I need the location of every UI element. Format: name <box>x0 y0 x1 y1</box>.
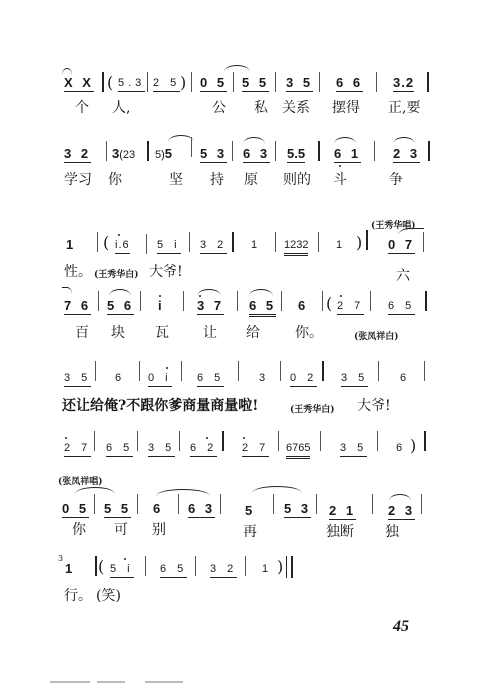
notes: 3 <box>259 371 269 385</box>
notes: 3.2 <box>393 76 414 92</box>
lyric: 给 <box>246 325 260 341</box>
notes: 0 5 <box>200 76 227 92</box>
notes: 5 6 <box>107 299 134 315</box>
barline <box>139 361 140 381</box>
barline <box>319 72 320 92</box>
notes: 6765 <box>286 441 310 459</box>
lyric: 独断 <box>326 524 354 540</box>
barline <box>95 556 97 576</box>
notes: 6 3 <box>188 502 215 518</box>
lyric: 个 <box>75 100 89 116</box>
high-octave-dot <box>159 295 161 297</box>
barline <box>137 431 138 451</box>
notes: 6 <box>153 502 163 516</box>
barline <box>275 232 276 252</box>
final-barline <box>286 556 293 578</box>
notes: 1 <box>65 562 75 576</box>
notes: 0 7 <box>388 238 415 254</box>
grace-note: 3 <box>58 554 63 563</box>
notes: 3 2 <box>64 147 91 163</box>
lyric: 关系 <box>282 100 310 116</box>
notes: i <box>158 299 165 313</box>
barline <box>106 141 107 161</box>
barline <box>322 361 324 381</box>
notes: 3 5 <box>64 371 91 387</box>
notes: 5 5 <box>242 76 269 92</box>
barline <box>374 141 375 161</box>
notes: 1 <box>251 238 261 252</box>
barline <box>424 431 426 451</box>
high-octave-dot <box>206 437 208 439</box>
slur <box>156 489 210 496</box>
paren-close: ) <box>410 437 416 455</box>
lyric: 斗 <box>333 172 347 188</box>
slur <box>109 289 131 296</box>
paren-close: ) <box>277 558 283 576</box>
barline <box>280 361 281 381</box>
notes: 3 5 <box>148 441 175 457</box>
barline <box>281 291 282 311</box>
lyric: 还让给俺?不跟你爹商量商量啦! <box>62 398 258 414</box>
barline <box>428 141 430 161</box>
barline <box>147 72 148 92</box>
notes: 3 2 <box>210 562 237 578</box>
barline <box>181 361 182 381</box>
notes: X X <box>64 76 94 92</box>
paren-open: ( <box>107 74 113 92</box>
notes: 3 2 <box>200 238 227 254</box>
slur <box>389 494 411 501</box>
paren-close: ) <box>180 74 186 92</box>
notes: 1232 <box>284 238 308 256</box>
speaker-annotation: (张凤祥白) <box>354 329 399 342</box>
barline <box>146 234 147 254</box>
high-octave-dot <box>243 437 245 439</box>
notes: 6 5 <box>388 299 415 315</box>
page-number: 45 <box>393 618 409 636</box>
lyric: 让 <box>203 325 217 341</box>
barline <box>222 431 224 451</box>
barline <box>423 232 424 252</box>
high-octave-dot <box>340 295 342 297</box>
lyric: 则的 <box>283 172 311 188</box>
barline <box>273 494 274 514</box>
lyric: 块 <box>111 325 125 341</box>
barline <box>191 72 192 92</box>
lyric: (笑) <box>96 588 121 604</box>
barline <box>220 494 221 514</box>
barline <box>370 291 371 311</box>
barline <box>237 291 238 311</box>
singer-annotation: (张凤祥唱) <box>58 474 103 487</box>
lyric: 六 <box>396 268 410 284</box>
notes: 5 3 <box>200 147 227 163</box>
barline <box>94 494 95 514</box>
barline <box>245 556 246 576</box>
slur <box>393 137 415 144</box>
paren-open: ( <box>326 295 332 313</box>
notes: 6 <box>115 371 125 385</box>
notes: 3(23 <box>112 147 135 162</box>
high-octave-dot <box>65 437 67 439</box>
barline <box>322 291 323 311</box>
paren-open: ( <box>103 234 109 252</box>
high-octave-dot <box>118 234 120 236</box>
notes: 2 7 <box>337 299 364 315</box>
notes: 2 5 <box>153 76 180 92</box>
barline <box>427 72 429 92</box>
notes: 6 2 <box>190 441 217 457</box>
notes: 6 6 <box>336 76 363 92</box>
lyric: 大爷! <box>149 264 183 280</box>
slur <box>224 65 250 72</box>
notes: 3 5 <box>341 371 368 387</box>
lyric: 人, <box>112 100 130 116</box>
notes: 0 2 <box>290 371 317 387</box>
barline <box>320 431 321 451</box>
scan-artifact <box>97 681 125 683</box>
notes: 2 7 <box>64 441 91 457</box>
lyric: 原 <box>244 172 258 188</box>
lyric: 摆得 <box>332 100 360 116</box>
notes: 6 5 <box>197 371 224 387</box>
paren-open: ( <box>98 558 104 576</box>
notes: 3 7 <box>197 299 224 315</box>
speaker-annotation: (王秀华白) <box>94 267 139 280</box>
lyric: 你。 <box>295 325 323 341</box>
barline <box>421 494 422 514</box>
slur <box>398 228 424 235</box>
barline <box>189 232 190 252</box>
high-octave-dot <box>199 295 201 297</box>
lyric: 坚 <box>169 172 183 188</box>
barline <box>377 431 378 451</box>
barline <box>233 72 234 92</box>
notes: 0 i <box>148 371 172 387</box>
lyric: 性。 <box>64 264 92 280</box>
notes: 2 7 <box>242 441 269 457</box>
barline <box>179 431 180 451</box>
barline <box>318 232 319 252</box>
notes: 3 5 <box>286 76 313 92</box>
slur <box>243 137 265 144</box>
notes: 6 5 <box>160 562 187 578</box>
barline <box>137 494 138 514</box>
lyric: 大爷! <box>357 398 391 414</box>
barline <box>95 361 96 381</box>
notes: 7 6 <box>64 299 91 315</box>
notes: 3 5 <box>340 441 367 457</box>
barline <box>232 141 233 161</box>
barline <box>275 72 276 92</box>
music-score-page: X X ( 5.3 2 5 ) 0 5 5 5 3 5 6 6 3.2 个 人,… <box>0 0 499 690</box>
barline <box>97 232 98 252</box>
barline <box>98 291 99 311</box>
lyric: 可 <box>114 522 128 538</box>
notes: 5 <box>245 504 255 518</box>
speaker-annotation: (王秀华白) <box>290 402 335 415</box>
slur <box>62 287 72 294</box>
barline <box>316 494 317 514</box>
notes: 6 1 <box>334 147 361 163</box>
barline <box>232 232 234 252</box>
high-octave-dot <box>124 558 126 560</box>
barline <box>378 361 379 381</box>
barline <box>147 141 149 161</box>
lyric: 学习 <box>64 172 92 188</box>
barline <box>178 494 179 514</box>
lyric: 公 <box>212 100 226 116</box>
barline <box>195 556 196 576</box>
slur <box>75 487 115 494</box>
barline <box>140 291 141 311</box>
slur <box>62 68 72 75</box>
barline <box>318 141 320 161</box>
notes: 5 i <box>110 562 134 578</box>
notes: 2 3 <box>393 147 420 163</box>
notes: 6 5 <box>106 441 133 457</box>
notes: 2 1 <box>329 504 356 520</box>
lyric: 争 <box>389 172 403 188</box>
notes: 5.3 <box>118 76 145 92</box>
notes: 1 <box>336 238 346 252</box>
barline <box>183 291 184 311</box>
low-octave-dot <box>339 165 341 167</box>
notes: 1 <box>66 238 76 252</box>
barline <box>425 291 427 311</box>
barline <box>238 361 239 381</box>
lyric: 持 <box>210 172 224 188</box>
barline <box>145 556 146 576</box>
slur <box>249 289 273 296</box>
lyric: 你 <box>72 522 86 538</box>
barline <box>372 494 373 514</box>
notes: 6 <box>298 299 308 313</box>
barline <box>275 141 276 161</box>
notes: i.6 <box>115 238 130 254</box>
lyric: 百 <box>75 325 89 341</box>
notes: 5)5 <box>155 147 172 162</box>
barline <box>191 137 192 157</box>
slur <box>334 137 356 144</box>
lyric: 再 <box>243 524 257 540</box>
notes: 5 i <box>157 238 181 254</box>
notes: 5 5 <box>104 502 131 518</box>
high-octave-dot <box>166 367 168 369</box>
barline <box>376 72 377 92</box>
notes: 6 <box>396 441 406 455</box>
barline <box>102 72 104 92</box>
notes: 1 <box>262 562 272 576</box>
barline <box>94 431 95 451</box>
lyric: 别 <box>152 522 166 538</box>
lyric: 正,要 <box>388 100 420 116</box>
lyric: 私 <box>254 100 268 116</box>
notes: 2 3 <box>388 504 415 520</box>
lyric: 行。 <box>64 588 92 604</box>
notes: 6 <box>400 371 410 385</box>
barline <box>366 230 368 250</box>
notes: 6 5 <box>249 299 276 317</box>
notes: 5.5 <box>287 147 305 163</box>
lyric: 瓦 <box>155 325 169 341</box>
paren-close: ) <box>356 234 362 252</box>
scan-artifact <box>145 681 183 683</box>
slur <box>252 486 302 493</box>
notes: 0 5 <box>62 502 89 518</box>
notes: 6 3 <box>243 147 270 163</box>
notes: 5 3 <box>284 502 311 518</box>
lyric: 你 <box>108 172 122 188</box>
lyric: 独 <box>385 524 399 540</box>
barline <box>278 431 279 451</box>
scan-artifact <box>50 681 90 683</box>
barline <box>424 361 425 381</box>
